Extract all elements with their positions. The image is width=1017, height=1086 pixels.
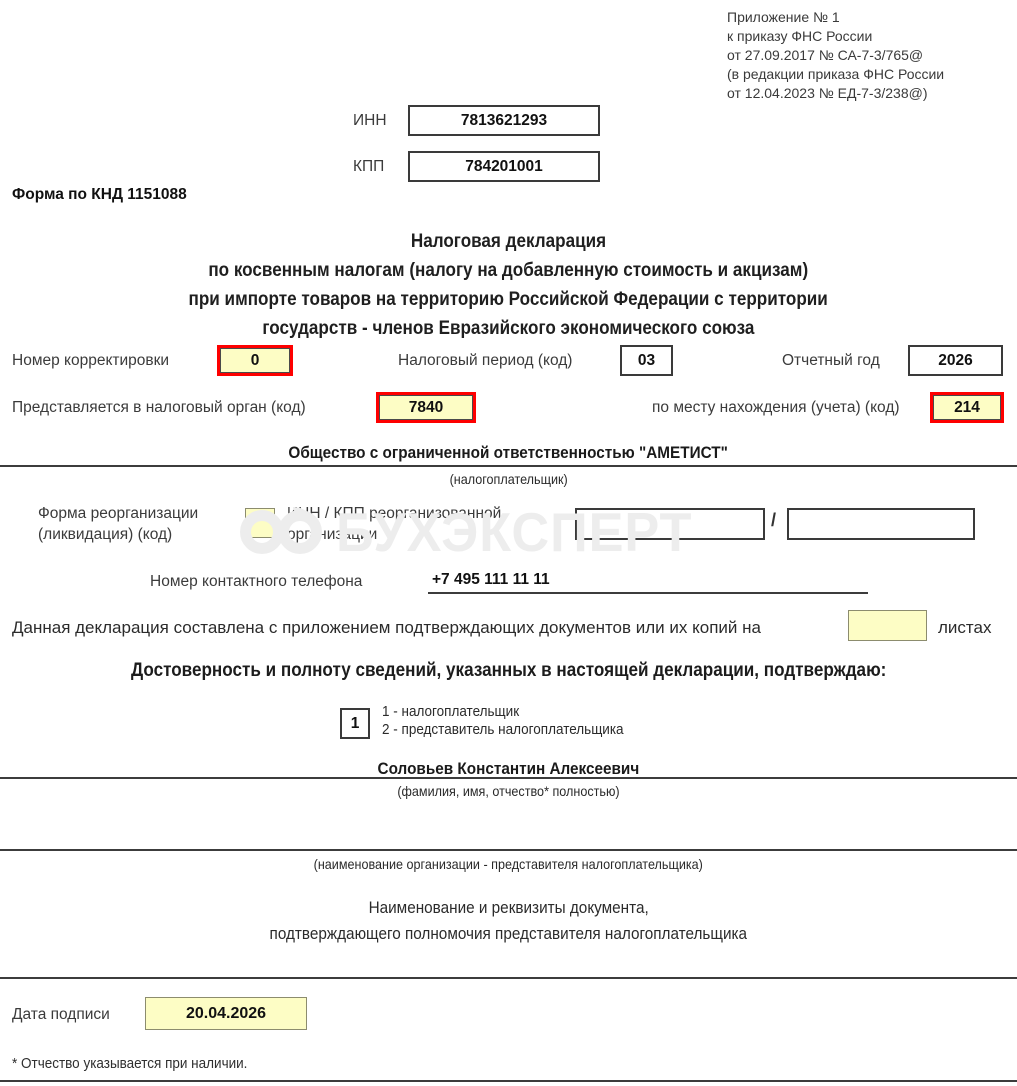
tax-authority-label: Представляется в налоговый орган (код) xyxy=(12,399,306,417)
report-year-label: Отчетный год xyxy=(782,352,880,370)
doc-authority-line2: подтверждающего полномочия представителя… xyxy=(270,921,748,947)
divider-line xyxy=(0,977,1017,979)
signature-date-label: Дата подписи xyxy=(12,1006,110,1024)
location-code-field[interactable]: 214 xyxy=(930,392,1004,423)
title-line: государств - членов Евразийского экономи… xyxy=(262,314,754,343)
doc-authority-line1: Наименование и реквизиты документа, xyxy=(368,895,648,921)
title-line: Налоговая декларация xyxy=(411,227,606,256)
annotation-line: от 27.09.2017 № СА-7-3/765@ xyxy=(727,46,944,65)
location-code-label: по месту нахождения (учета) (код) xyxy=(652,399,900,417)
title-line: при импорте товаров на территорию Россий… xyxy=(189,285,828,314)
phone-value: +7 495 111 11 11 xyxy=(428,571,550,588)
reorg-form-code-field[interactable] xyxy=(245,508,275,538)
title-line: по косвенным налогам (налогу на добавлен… xyxy=(209,256,809,285)
signer-name-caption: (фамилия, имя, отчество* полностью) xyxy=(397,783,619,799)
kpp-field: 784201001 xyxy=(408,151,600,182)
reorg-form-label-line1: Форма реорганизации xyxy=(38,505,198,523)
tax-declaration-form-page: БУХЭКСПЕРТ Приложение № 1 к приказу ФНС … xyxy=(0,0,1017,1086)
taxpayer-name: Общество с ограниченной ответственностью… xyxy=(289,443,728,463)
signature-date-field[interactable]: 20.04.2026 xyxy=(145,997,307,1030)
order-annotation: Приложение № 1 к приказу ФНС России от 2… xyxy=(727,8,944,103)
inn-field: 7813621293 xyxy=(408,105,600,136)
annotation-line: Приложение № 1 xyxy=(727,8,944,27)
org-caption: (наименование организации - представител… xyxy=(314,856,703,872)
attachments-suffix: листах xyxy=(938,618,991,638)
knd-form-label: Форма по КНД 1151088 xyxy=(12,186,187,204)
confirmation-heading: Достоверность и полноту сведений, указан… xyxy=(131,660,886,682)
confirmation-heading-row: Достоверность и полноту сведений, указан… xyxy=(0,660,1017,682)
phone-field: +7 495 111 11 11 xyxy=(428,566,868,594)
taxpayer-name-row: Общество с ограниченной ответственностью… xyxy=(0,443,1017,463)
signer-code-field: 1 xyxy=(340,708,370,739)
divider-line xyxy=(0,777,1017,779)
signer-option-2: 2 - представитель налогоплательщика xyxy=(382,721,624,738)
attachment-pages-field[interactable] xyxy=(848,610,927,641)
divider-line xyxy=(0,465,1017,467)
signer-options: 1 - налогоплательщик 2 - представитель н… xyxy=(382,703,650,739)
tax-period-field: 03 xyxy=(620,345,673,376)
correction-number-field[interactable]: 0 xyxy=(217,345,293,376)
reorg-inn-kpp-label-line1: ИНН / КПП реорганизованной xyxy=(287,505,501,523)
inn-kpp-separator: / xyxy=(771,510,776,531)
signer-name: Соловьев Константин Алексеевич xyxy=(378,759,640,779)
footnote-row: * Отчество указывается при наличии. xyxy=(12,1055,274,1073)
kpp-label: КПП xyxy=(353,158,384,176)
signer-option-1: 1 - налогоплательщик xyxy=(382,703,519,720)
annotation-line: к приказу ФНС России xyxy=(727,27,944,46)
signer-name-row: Соловьев Константин Алексеевич xyxy=(0,759,1017,779)
inn-label: ИНН xyxy=(353,112,387,130)
signer-name-caption-row: (фамилия, имя, отчество* полностью) xyxy=(0,783,1017,801)
annotation-line: (в редакции приказа ФНС России xyxy=(727,65,944,84)
reorg-inn-kpp-label-line2: организации xyxy=(287,526,377,544)
tax-period-label: Налоговый период (код) xyxy=(398,352,572,370)
report-year-field: 2026 xyxy=(908,345,1003,376)
annotation-line: от 12.04.2023 № ЕД-7-3/238@) xyxy=(727,84,944,103)
correction-number-label: Номер корректировки xyxy=(12,352,169,370)
footnote-text: * Отчество указывается при наличии. xyxy=(12,1055,247,1072)
form-title: Налоговая декларация по косвенным налога… xyxy=(0,227,1017,343)
reorg-form-label-line2: (ликвидация) (код) xyxy=(38,526,172,544)
taxpayer-caption-row: (налогоплательщик) xyxy=(0,471,1017,489)
org-caption-row: (наименование организации - представител… xyxy=(0,856,1017,874)
divider-line xyxy=(0,1080,1017,1082)
tax-authority-code-field[interactable]: 7840 xyxy=(376,392,476,423)
divider-line xyxy=(0,849,1017,851)
doc-authority-row: Наименование и реквизиты документа, подт… xyxy=(0,895,1017,947)
reorg-kpp-field xyxy=(787,508,975,540)
taxpayer-caption: (налогоплательщик) xyxy=(449,471,567,487)
attachments-text: Данная декларация составлена с приложени… xyxy=(12,618,761,638)
reorg-inn-field xyxy=(575,508,765,540)
phone-label: Номер контактного телефона xyxy=(150,573,362,591)
